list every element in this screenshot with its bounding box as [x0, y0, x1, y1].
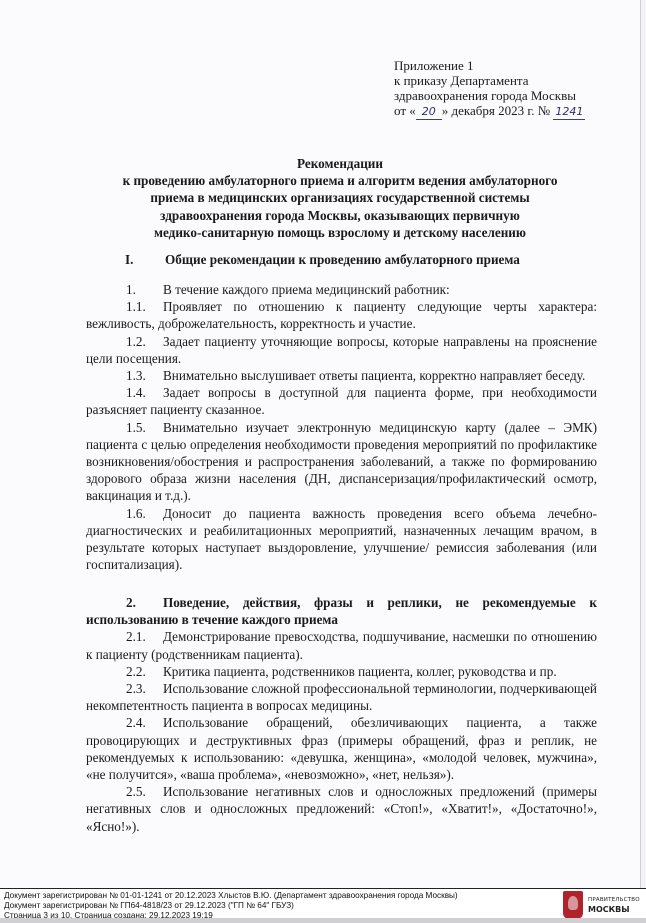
item-text: Критика пациента, родственников пациента… — [163, 664, 557, 679]
item-number: 1. — [126, 281, 163, 298]
paragraph-2-5: 2.5.Использование негативных слов и одно… — [86, 783, 597, 835]
logo-text-top: ПРАВИТЕЛЬСТВО — [588, 897, 640, 903]
registration-info: Документ зарегистрирован № 01-01-1241 от… — [4, 891, 458, 921]
registration-line-2: Документ зарегистрирован № ГП64-4818/23 … — [4, 901, 458, 911]
appendix-block: Приложение 1 к приказу Департамента здра… — [394, 58, 585, 120]
handwritten-day: 20 — [416, 104, 442, 120]
item-number: 2.4. — [126, 714, 163, 731]
item-text: Доносит до пациента важность проведения … — [86, 506, 597, 573]
section-1-title: Общие рекомендации к проведению амбулато… — [165, 252, 520, 267]
paragraph-2-2: 2.2.Критика пациента, родственников паци… — [86, 663, 597, 680]
item-text: Использование сложной профессиональной т… — [86, 681, 597, 713]
title-line-3: приема в медицинских организациях госуда… — [90, 189, 590, 206]
paragraph-2-3: 2.3.Использование сложной профессиональн… — [86, 680, 597, 714]
document-title: Рекомендации к проведению амбулаторного … — [90, 155, 590, 241]
paragraph-2-1: 2.1.Демонстрирование превосходства, подш… — [86, 628, 597, 662]
item-number: 1.3. — [126, 367, 163, 384]
item-text: Использование обращений, обезличивающих … — [86, 715, 597, 782]
footer-bottom-strip — [0, 918, 646, 923]
paragraph-1-1: 1.1.Проявляет по отношению к пациенту сл… — [86, 298, 597, 332]
section-2-title: Поведение, действия, фразы и реплики, не… — [86, 595, 597, 627]
item-number: 2.2. — [126, 663, 163, 680]
appendix-line-1: Приложение 1 — [394, 58, 585, 73]
section-2-heading: 2.Поведение, действия, фразы и реплики, … — [86, 594, 597, 628]
appendix-line-3: здравоохранения города Москвы — [394, 88, 585, 103]
section-1-number: I. — [125, 252, 165, 268]
title-line-1: Рекомендации — [90, 155, 590, 172]
item-text: Проявляет по отношению к пациенту следую… — [86, 299, 597, 331]
paragraph-1-4: 1.4.Задает вопросы в доступной для пацие… — [86, 384, 597, 418]
logo-text-bottom: МОСКВЫ — [588, 905, 640, 914]
moscow-government-logo: ПРАВИТЕЛЬСТВО МОСКВЫ — [563, 891, 640, 919]
appendix-date-line: от «20» декабря 2023 г. № 1241 — [394, 103, 585, 120]
item-number: 1.5. — [126, 419, 163, 436]
item-text: Использование негативных слов и однослож… — [86, 784, 597, 833]
item-number: 2.5. — [126, 783, 163, 800]
date-mid: » декабря 2023 г. № — [442, 103, 550, 118]
moscow-coat-of-arms-icon — [563, 891, 583, 919]
section-1-heading: I.Общие рекомендации к проведению амбула… — [125, 252, 520, 268]
item-text: Внимательно изучает электронную медицинс… — [86, 420, 597, 504]
paragraph-1-2: 1.2.Задает пациенту уточняющие вопросы, … — [86, 333, 597, 367]
item-number: 1.4. — [126, 384, 163, 401]
title-line-4: здравоохранения города Москвы, оказывающ… — [90, 207, 590, 224]
paragraph-2-4: 2.4.Использование обращений, обезличиваю… — [86, 714, 597, 783]
section-2-body: 2.Поведение, действия, фразы и реплики, … — [86, 594, 597, 835]
item-number: 2.1. — [126, 628, 163, 645]
item-text: Внимательно выслушивает ответы пациента,… — [163, 368, 585, 383]
item-number: 2.3. — [126, 680, 163, 697]
item-text: Задает вопросы в доступной для пациента … — [86, 385, 597, 417]
paragraph-1: 1.В течение каждого приема медицинский р… — [86, 281, 597, 298]
item-text: В течение каждого приема медицинский раб… — [163, 282, 450, 297]
item-text: Демонстрирование превосходства, подшучив… — [86, 629, 597, 661]
section-2-number: 2. — [126, 594, 163, 611]
registration-line-1: Документ зарегистрирован № 01-01-1241 от… — [4, 891, 458, 901]
paragraph-1-5: 1.5.Внимательно изучает электронную меди… — [86, 419, 597, 505]
paragraph-1-6: 1.6.Доносит до пациента важность проведе… — [86, 505, 597, 574]
appendix-line-2: к приказу Департамента — [394, 73, 585, 88]
item-number: 1.6. — [126, 505, 163, 522]
section-1-body: 1.В течение каждого приема медицинский р… — [86, 281, 597, 573]
item-number: 1.2. — [126, 333, 163, 350]
item-number: 1.1. — [126, 298, 163, 315]
paragraph-1-3: 1.3.Внимательно выслушивает ответы пацие… — [86, 367, 597, 384]
date-prefix: от « — [394, 103, 416, 118]
title-line-5: медико-санитарную помощь взрослому и дет… — [90, 224, 590, 241]
document-page: Приложение 1 к приказу Департамента здра… — [0, 0, 641, 888]
title-line-2: к проведению амбулаторного приема и алго… — [90, 172, 590, 189]
item-text: Задает пациенту уточняющие вопросы, кото… — [86, 334, 597, 366]
handwritten-order-number: 1241 — [553, 104, 585, 120]
